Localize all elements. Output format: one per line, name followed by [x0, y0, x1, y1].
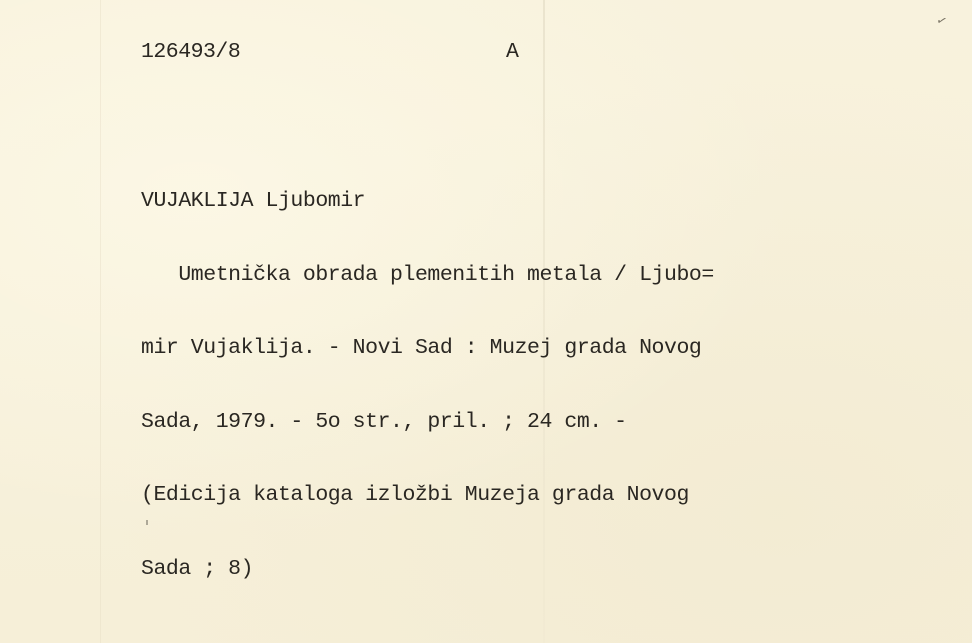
card-marker: A [506, 40, 519, 65]
call-number: 126493/8 [141, 40, 240, 65]
author-heading: VUJAKLIJA Ljubomir [141, 189, 861, 214]
catalog-card: 126493/8 A ✓ VUJAKLIJA Ljubomir Umetničk… [0, 0, 972, 643]
bibliographic-entry: VUJAKLIJA Ljubomir Umetnička obrada plem… [141, 140, 861, 630]
entry-line: Sada, 1979. - 5o str., pril. ; 24 cm. - [141, 410, 861, 435]
entry-line: Sada ; 8) [141, 557, 861, 582]
paper-crease [100, 0, 101, 643]
check-mark-icon: ✓ [935, 13, 950, 31]
entry-line: Umetnička obrada plemenitih metala / Lju… [141, 263, 861, 288]
entry-line: mir Vujaklija. - Novi Sad : Muzej grada … [141, 336, 861, 361]
entry-line: (Edicija kataloga izložbi Muzeja grada N… [141, 483, 861, 508]
